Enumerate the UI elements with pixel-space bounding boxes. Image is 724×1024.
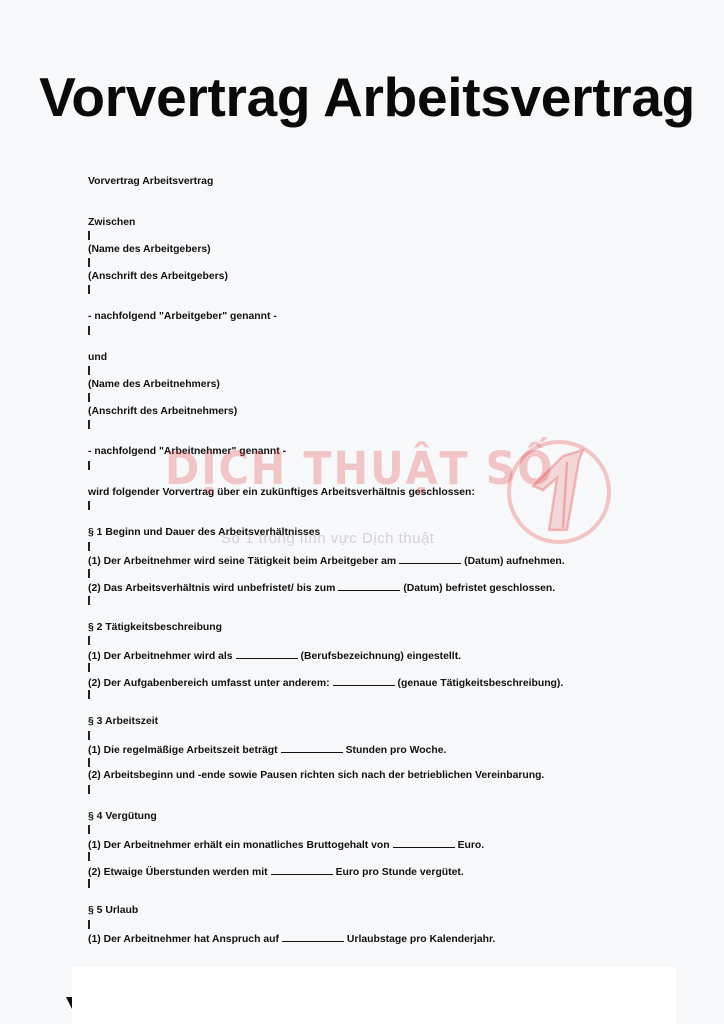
clause-text-after: Stunden pro Woche. [346, 745, 447, 756]
clause-text-after: Euro pro Stunde vergütet. [336, 867, 464, 878]
field-marker [88, 729, 648, 743]
section-title: § 4 Vergütung [88, 810, 648, 824]
field-marker [88, 877, 648, 891]
clause: (2) Das Arbeitsverhältnis wird unbefrist… [88, 580, 648, 594]
employer-address-field: (Anschrift des Arbeitgebers) [88, 270, 648, 284]
and-label: und [88, 351, 648, 365]
clause-text-after: (Datum) befristet geschlossen. [403, 583, 555, 594]
clause: (1) Der Arbeitnehmer wird seine Tätigkei… [88, 553, 648, 567]
page-title: Vorvertrag Arbeitsvertrag [0, 62, 724, 132]
employer-note: - nachfolgend "Arbeitgeber" genannt - [88, 310, 648, 324]
clause: (1) Die regelmäßige Arbeitszeit beträgtS… [88, 742, 648, 756]
clause-text-after: (Berufsbezeichnung) eingestellt. [301, 651, 462, 662]
field-marker [88, 256, 648, 270]
clause: (1) Der Arbeitnehmer erhält ein monatlic… [88, 837, 648, 851]
employee-address-field: (Anschrift des Arbeitnehmers) [88, 405, 648, 419]
employee-name-field: (Name des Arbeitnehmers) [88, 378, 648, 392]
clause-text: (1) Der Arbeitnehmer hat Anspruch auf [88, 934, 279, 945]
sections-container: § 1 Beginn und Dauer des Arbeitsverhältn… [88, 526, 648, 958]
between-label: Zwischen [88, 216, 648, 230]
clause-text: (2) Das Arbeitsverhältnis wird unbefrist… [88, 583, 335, 594]
field-marker [88, 783, 648, 797]
clause-text: (1) Die regelmäßige Arbeitszeit beträgt [88, 745, 278, 756]
fill-in-blank[interactable] [281, 742, 343, 753]
fill-in-blank[interactable] [338, 580, 400, 591]
field-marker [88, 364, 648, 378]
field-marker [88, 634, 648, 648]
clause-text-after: (Datum) aufnehmen. [464, 556, 564, 567]
clause-text: (1) Der Arbeitnehmer erhält ein monatlic… [88, 840, 390, 851]
next-page-card [72, 967, 676, 1024]
field-marker [88, 661, 648, 675]
field-marker [88, 850, 648, 864]
field-marker [88, 567, 648, 581]
watermark-tagline: Số 1 trong lĩnh vực Dịch thuật [221, 530, 434, 547]
clause-text: (2) Arbeitsbeginn und -ende sowie Pausen… [88, 770, 544, 781]
employer-name-field: (Name des Arbeitgebers) [88, 243, 648, 257]
clause-text-after: Urlaubstage pro Kalenderjahr. [347, 934, 495, 945]
clause-text: (1) Der Arbeitnehmer wird seine Tätigkei… [88, 556, 396, 567]
fill-in-blank[interactable] [333, 675, 395, 686]
document-body: Vorvertrag Arbeitsvertrag Zwischen (Name… [88, 175, 648, 958]
field-marker [88, 324, 648, 338]
field-marker [88, 283, 648, 297]
fill-in-blank[interactable] [236, 648, 298, 659]
field-marker [88, 418, 648, 432]
field-marker [88, 823, 648, 837]
clause-text-after: (genaue Tätigkeitsbeschreibung). [398, 678, 564, 689]
field-marker [88, 229, 648, 243]
field-marker [88, 391, 648, 405]
clause-text: (2) Etwaige Überstunden werden mit [88, 867, 268, 878]
field-marker [88, 918, 648, 932]
watermark-logo-icon [505, 438, 613, 546]
field-marker [88, 688, 648, 702]
clause: (2) Etwaige Überstunden werden mitEuro p… [88, 864, 648, 878]
section-title: § 2 Tätigkeitsbeschreibung [88, 621, 648, 635]
clause: (2) Der Aufgabenbereich umfasst unter an… [88, 675, 648, 689]
clause: (2) Arbeitsbeginn und -ende sowie Pausen… [88, 769, 648, 783]
field-marker [88, 594, 648, 608]
document-heading: Vorvertrag Arbeitsvertrag [88, 175, 648, 189]
section-title: § 3 Arbeitszeit [88, 715, 648, 729]
fill-in-blank[interactable] [271, 864, 333, 875]
watermark-brand: DỊCH THUẬT SỐ [165, 444, 554, 494]
fill-in-blank[interactable] [282, 931, 344, 942]
clause-text: (2) Der Aufgabenbereich umfasst unter an… [88, 678, 330, 689]
clause-text: (1) Der Arbeitnehmer wird als [88, 651, 233, 662]
clause: (1) Der Arbeitnehmer wird als(Berufsbeze… [88, 648, 648, 662]
clause: (1) Der Arbeitnehmer hat Anspruch aufUrl… [88, 931, 648, 945]
clause-text-after: Euro. [458, 840, 485, 851]
section-title: § 5 Urlaub [88, 904, 648, 918]
fill-in-blank[interactable] [393, 837, 455, 848]
fill-in-blank[interactable] [399, 553, 461, 564]
field-marker [88, 756, 648, 770]
